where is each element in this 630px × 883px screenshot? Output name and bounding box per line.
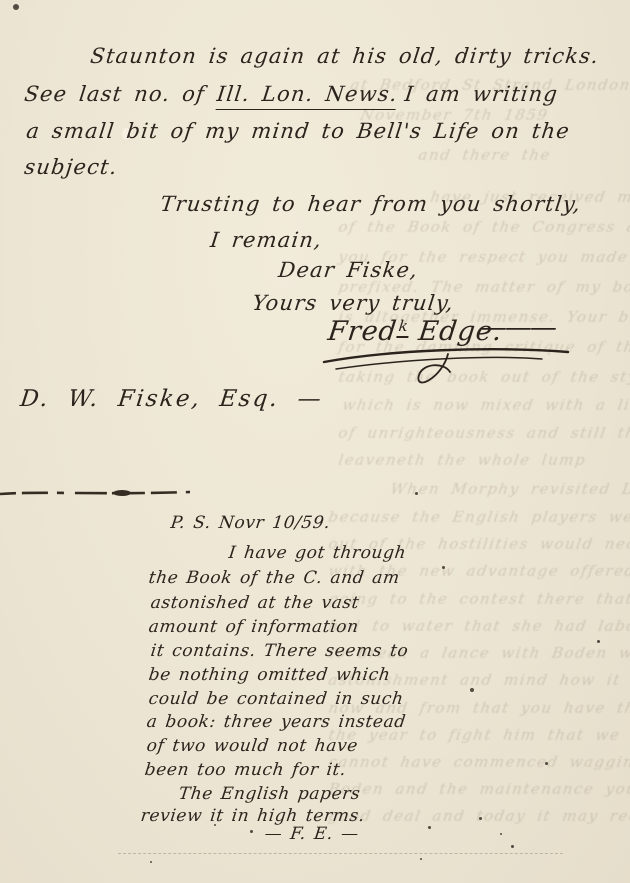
closing-line-1: Trusting to hear from you shortly, — [159, 192, 582, 216]
letter-body-line-1: Staunton is again at his old, dirty tric… — [89, 44, 601, 68]
ink-speck — [597, 640, 600, 643]
ink-speck — [420, 858, 422, 860]
letter-body-line-2-pre: See last no. of — [23, 82, 218, 106]
bleedthrough-line: going to the contest there that I should… — [327, 590, 630, 608]
bleedthrough-line: and there the — [417, 146, 552, 164]
postscript-line: I have got through — [228, 543, 408, 563]
closing-line-4: Yours very truly, — [251, 291, 455, 315]
ink-speck — [415, 492, 418, 495]
signature-flourish — [320, 344, 575, 396]
signature-pre: Fred — [326, 316, 399, 347]
ink-speck — [479, 817, 482, 820]
bleedthrough-line: which is now mixed with a little less of… — [341, 396, 630, 414]
postscript-line: of two would not have — [146, 736, 360, 756]
signature-trailing-dash: ——— — [478, 312, 557, 343]
postscript-line: amount of information — [148, 617, 360, 637]
ink-smear-mark — [0, 486, 195, 502]
ink-speck — [470, 688, 474, 692]
ink-speck — [150, 861, 152, 863]
bleedthrough-line: When Morphy revisited London — [389, 480, 630, 498]
bleedthrough-line: because the English players were mindful… — [327, 508, 630, 526]
ink-speck — [545, 762, 548, 765]
bleedthrough-line: cannot have commenced wagging tongues — [327, 753, 630, 771]
ink-speck — [442, 566, 445, 569]
postscript-line: a book: three years instead — [146, 712, 407, 732]
letter-scan-page: { "meta": { "description": "Scanned page… — [0, 0, 630, 883]
bleedthrough-line: Boden and the maintenance you have heard… — [327, 780, 630, 798]
bleedthrough-line: had to water that she had labored for mo… — [327, 617, 630, 635]
letter-body-line-3: a small bit of my mind to Bell's Life on… — [25, 119, 571, 143]
postscript-line: review it in high terms. — [140, 806, 366, 826]
bleedthrough-line: of unrighteousness and still the little … — [337, 424, 630, 442]
postscript-line: astonished at the vast — [150, 593, 361, 613]
newspaper-title-underlined: Ill. Lon. News. — [215, 82, 399, 110]
postscript-line: could be contained in such — [148, 689, 405, 709]
ink-speck — [500, 833, 502, 835]
postscript-heading: P. S. Novr 10/59. — [170, 513, 332, 533]
postscript-line: been too much for it. — [144, 760, 348, 780]
bleedthrough-line: leaveneth the whole lump — [337, 451, 587, 469]
letter-body-line-2: See last no. of Ill. Lon. News.I am writ… — [23, 82, 560, 106]
postscript-line: it contains. There seems to — [150, 641, 410, 661]
addressee-line: D. W. Fiske, Esq. — — [19, 386, 325, 412]
closing-line-2: I remain, — [209, 228, 324, 252]
postscript-initials: — F. E. — — [264, 824, 360, 844]
ink-speck — [214, 824, 216, 826]
postscript-line: be nothing omitted which — [148, 665, 392, 685]
ink-speck — [250, 830, 253, 833]
paper-crease-line — [118, 853, 563, 854]
bleedthrough-line: of the Book of the Congress and desire t… — [337, 218, 630, 236]
bleedthrough-line: good deal and today it may recommend the — [327, 807, 630, 825]
ink-speck — [428, 826, 431, 829]
letter-body-line-4: subject. — [23, 155, 119, 179]
closing-line-3: Dear Fiske, — [277, 258, 420, 282]
ink-speck — [511, 845, 514, 848]
postscript-line: the Book of the C. and am — [148, 568, 401, 588]
postscript-line: The English papers — [178, 784, 362, 804]
letter-body-line-2-post: I am writing — [403, 82, 559, 106]
ink-speck — [13, 4, 19, 10]
